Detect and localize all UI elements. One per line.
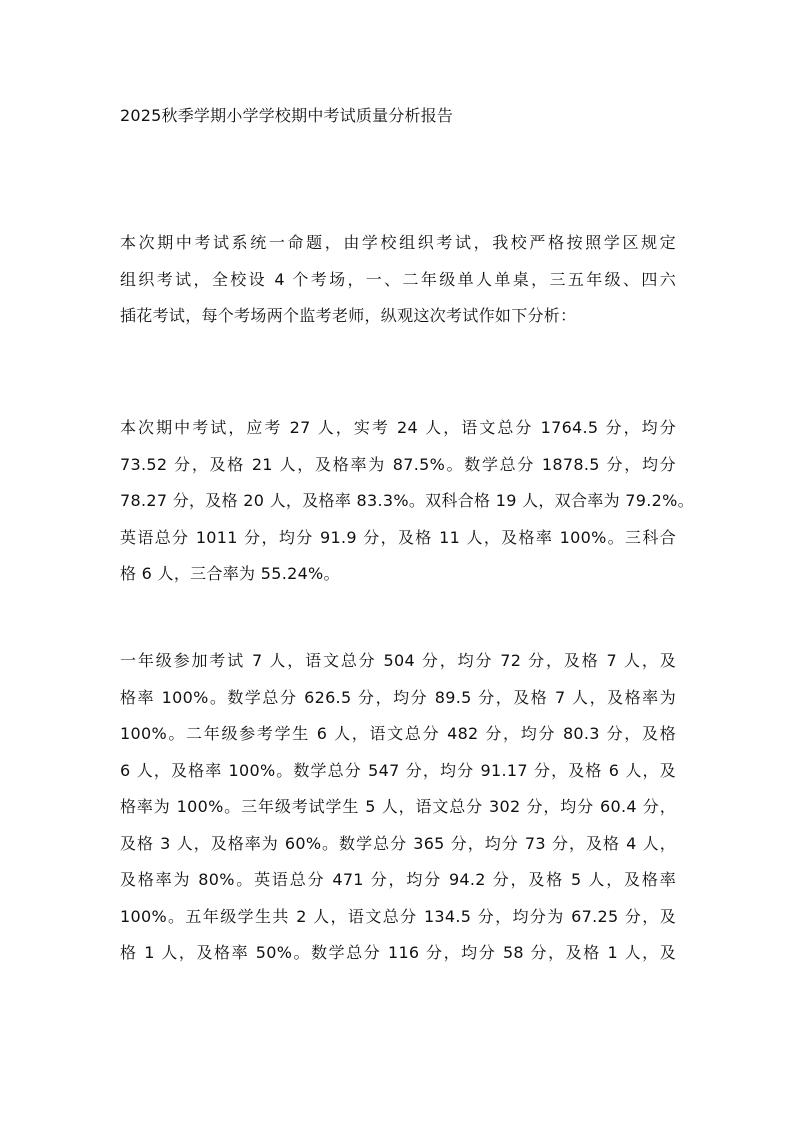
paragraph-line: 及格 3 人，及格率为 60%。数学总分 365 分，均分 73 分，及格 4 …: [120, 833, 676, 870]
paragraph-line: 本次期中考试系统一命题，由学校组织考试，我校严格按照学区规定: [120, 232, 676, 269]
paragraph-line: 100%。二年级参考学生 6 人，语文总分 482 分，均分 80.3 分，及格: [120, 723, 676, 760]
paragraph-line: 73.52 分，及格 21 人，及格率为 87.5%。数学总分 1878.5 分…: [120, 454, 676, 491]
paragraph-line: 100%。五年级学生共 2 人，语文总分 134.5 分，均分为 67.25 分…: [120, 906, 676, 943]
paragraph-line: 78.27 分，及格 20 人，及格率 83.3%。双科合格 19 人，双合率为…: [120, 490, 676, 527]
document-page: 2025秋季学期小学学校期中考试质量分析报告 本次期中考试系统一命题，由学校组织…: [0, 0, 793, 1122]
paragraph-overall-results: 本次期中考试，应考 27 人，实考 24 人，语文总分 1764.5 分，均分 …: [120, 417, 676, 600]
paragraph-line: 格 6 人，三合率为 55.24%。: [120, 563, 676, 600]
paragraph-line: 格 1 人，及格率 50%。数学总分 116 分，均分 58 分，及格 1 人，…: [120, 942, 676, 979]
paragraph-grade-results: 一年级参加考试 7 人，语文总分 504 分，均分 72 分，及格 7 人，及 …: [120, 650, 676, 979]
paragraph-line: 格率为 100%。三年级考试学生 5 人，语文总分 302 分，均分 60.4 …: [120, 796, 676, 833]
paragraph-line: 格率 100%。数学总分 626.5 分，均分 89.5 分，及格 7 人，及格…: [120, 687, 676, 724]
paragraph-line: 英语总分 1011 分，均分 91.9 分，及格 11 人，及格率 100%。三…: [120, 527, 676, 564]
paragraph-line: 组织考试，全校设 4 个考场，一、二年级单人单桌，三五年级、四六: [120, 269, 676, 306]
paragraph-line: 一年级参加考试 7 人，语文总分 504 分，均分 72 分，及格 7 人，及: [120, 650, 676, 687]
paragraph-line: 本次期中考试，应考 27 人，实考 24 人，语文总分 1764.5 分，均分: [120, 417, 676, 454]
paragraph-line: 6 人，及格率 100%。数学总分 547 分，均分 91.17 分，及格 6 …: [120, 760, 676, 797]
paragraph-exam-organization: 本次期中考试系统一命题，由学校组织考试，我校严格按照学区规定 组织考试，全校设 …: [120, 232, 676, 342]
paragraph-line: 及格率为 80%。英语总分 471 分，均分 94.2 分，及格 5 人，及格率: [120, 869, 676, 906]
paragraph-line: 插花考试，每个考场两个监考老师，纵观这次考试作如下分析：: [120, 305, 676, 342]
document-title: 2025秋季学期小学学校期中考试质量分析报告: [120, 105, 453, 127]
